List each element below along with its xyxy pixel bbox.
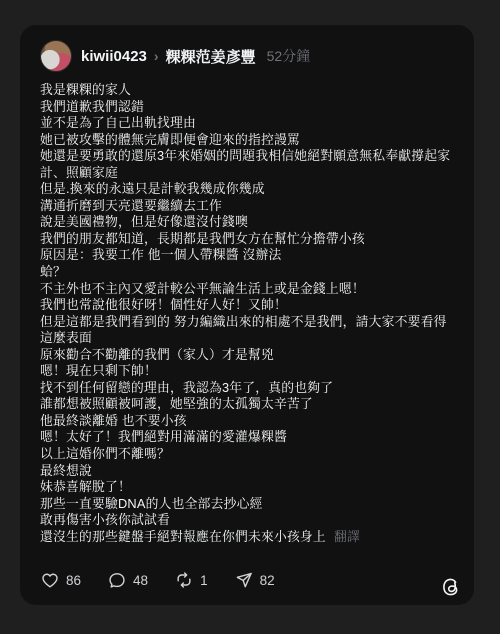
page-background: kiwii0423 › 粿粿范姜彥豐 52分鐘 我是粿粿的家人 我們道歉我們認錯… bbox=[0, 0, 500, 634]
share-button[interactable]: 82 bbox=[234, 570, 275, 590]
repost-arrows-icon bbox=[174, 570, 194, 590]
speech-bubble-icon bbox=[107, 570, 127, 590]
like-button[interactable]: 86 bbox=[40, 570, 81, 590]
post-body: 我是粿粿的家人 我們道歉我們認錯 並不是為了自己出軌找理由 她已被攻擊的體無完膚… bbox=[40, 82, 454, 545]
threads-logo-icon[interactable] bbox=[439, 575, 463, 599]
share-count: 82 bbox=[260, 573, 275, 588]
comment-button[interactable]: 48 bbox=[107, 570, 148, 590]
translate-link[interactable]: 翻譯 bbox=[334, 529, 360, 544]
chevron-right-icon: › bbox=[154, 48, 159, 64]
topic-tag[interactable]: 粿粿范姜彥豐 bbox=[166, 46, 256, 67]
comment-count: 48 bbox=[133, 573, 148, 588]
post-header: kiwii0423 › 粿粿范姜彥豐 52分鐘 bbox=[40, 39, 454, 73]
repost-count: 1 bbox=[200, 573, 208, 588]
action-bar: 86 48 1 bbox=[40, 570, 275, 590]
repost-button[interactable]: 1 bbox=[174, 570, 208, 590]
heart-icon bbox=[40, 570, 60, 590]
like-count: 86 bbox=[66, 573, 81, 588]
send-icon bbox=[234, 570, 254, 590]
avatar[interactable] bbox=[40, 40, 72, 72]
timestamp: 52分鐘 bbox=[267, 46, 311, 66]
thread-post-card: kiwii0423 › 粿粿范姜彥豐 52分鐘 我是粿粿的家人 我們道歉我們認錯… bbox=[20, 25, 474, 605]
post-text: 我是粿粿的家人 我們道歉我們認錯 並不是為了自己出軌找理由 她已被攻擊的體無完膚… bbox=[40, 82, 450, 544]
username[interactable]: kiwii0423 bbox=[81, 48, 147, 65]
